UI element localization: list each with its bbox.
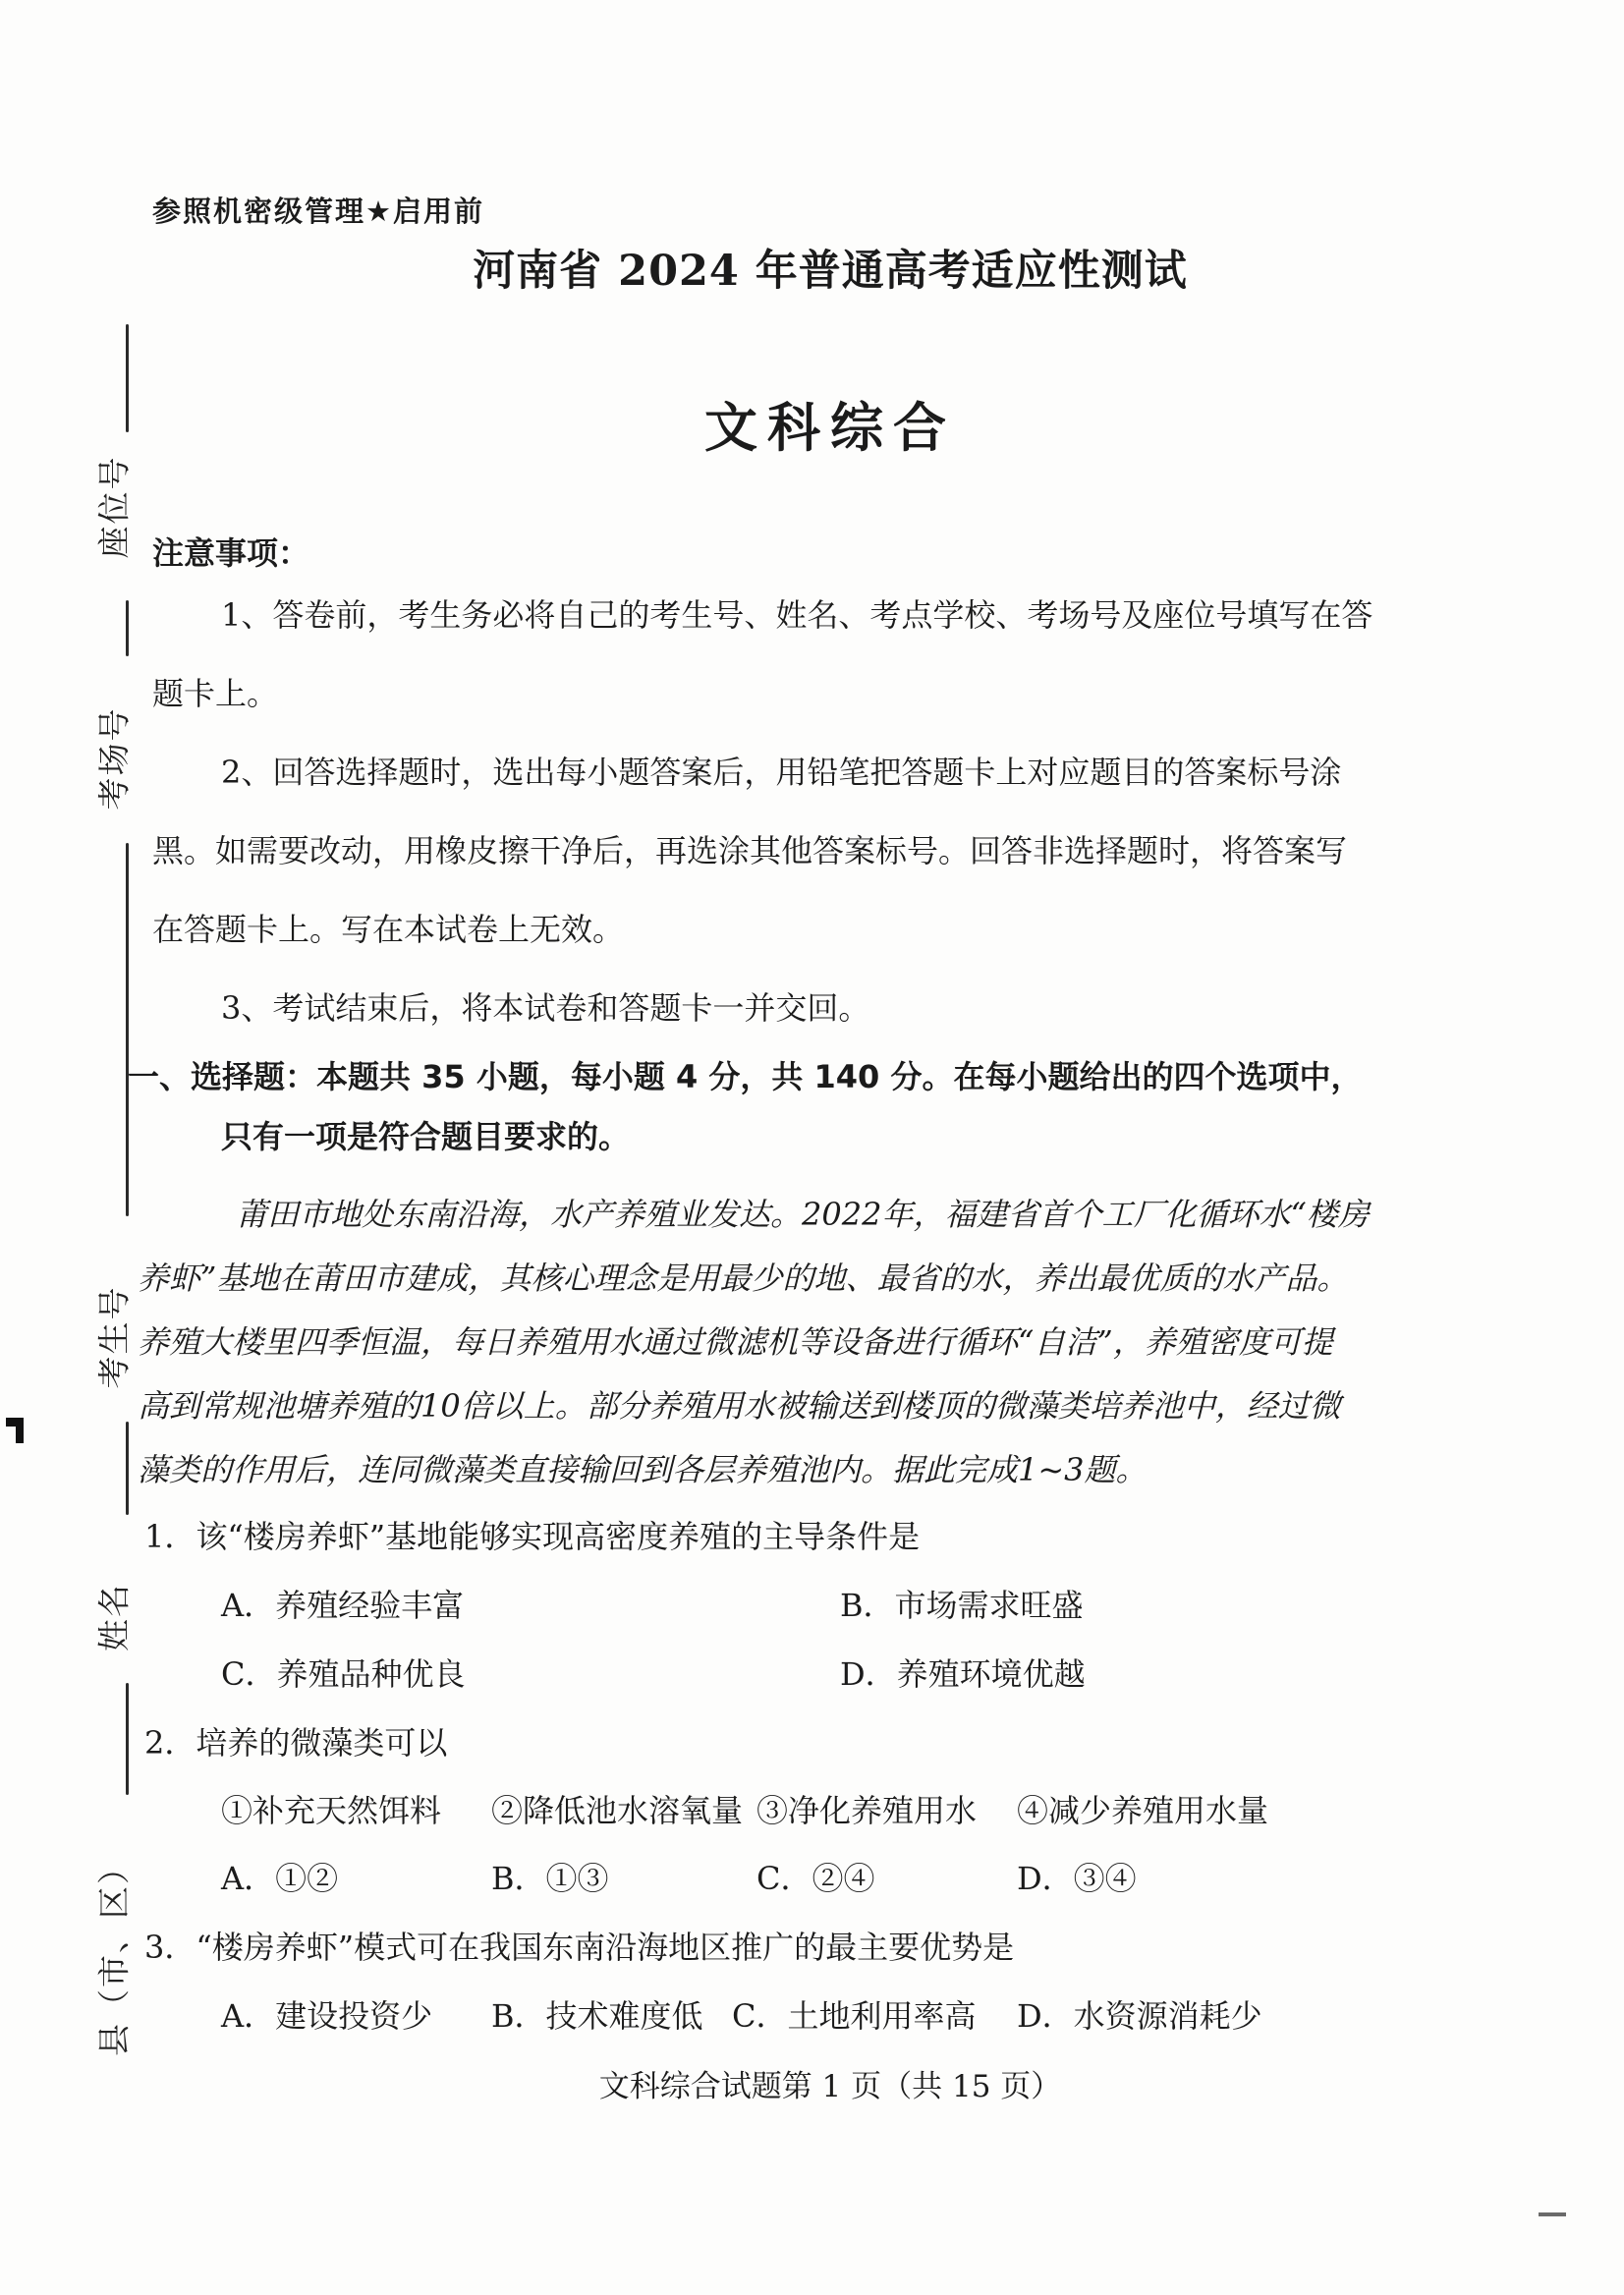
question2-subitem-4: ④减少养殖用水量 <box>1017 1777 1268 1844</box>
passage-line2: 养虾”基地在莆田市建成，其核心理念是用最少的地、最省的水，养出最优质的水产品。 <box>138 1247 1508 1311</box>
question2-option-c: C．②④ <box>756 1844 1017 1913</box>
reading-passage: 莆田市地处东南沿海，水产养殖业发达。2022年，福建省首个工厂化循环水“楼房 养… <box>152 1183 1508 1502</box>
section1-heading-line1: 一、选择题：本题共 35 小题，每小题 4 分，共 140 分。在每小题给出的四… <box>128 1047 1508 1107</box>
notice-item1-line1: 1、答卷前，考生务必将自己的考生号、姓名、考点学校、考场号及座位号填写在答 <box>152 576 1508 654</box>
passage-line1: 莆田市地处东南沿海，水产养殖业发达。2022年，福建省首个工厂化循环水“楼房 <box>138 1183 1508 1247</box>
seal-line-segment <box>126 324 129 432</box>
question3-option-b: B．技术难度低 <box>491 1982 732 2050</box>
question1-stem: 1．该“楼房养虾”基地能够实现高密度养殖的主导条件是 <box>144 1502 1508 1571</box>
exam-subject-title: 文科综合 <box>152 393 1508 464</box>
scan-stray-mark <box>1539 2212 1566 2216</box>
question2-stem: 2．培养的微藻类可以 <box>144 1708 1508 1777</box>
question3-stem: 3．“楼房养虾”模式可在我国东南沿海地区推广的最主要优势是 <box>144 1913 1508 1982</box>
question3-option-a: A．建设投资少 <box>221 1982 491 2050</box>
question2-options-row: A．①② B．①③ C．②④ D．③④ <box>152 1844 1508 1913</box>
question1-options-row2: C．养殖品种优良 D．养殖环境优越 <box>152 1640 1508 1708</box>
notice-item2-line3: 在答题卡上。写在本试卷上无效。 <box>152 890 1508 969</box>
question2-subitem-2: ②降低池水溶氧量 <box>491 1777 756 1844</box>
exam-paper-page: 座位号 考场号 考生号 姓名 县（市、区） 参照机密级管理★启用前 河南省 20… <box>0 0 1624 2295</box>
question2-subitems-row: ①补充天然饵料 ②降低池水溶氧量 ③净化养殖用水 ④减少养殖用水量 <box>152 1777 1508 1844</box>
question1-options-row1: A．养殖经验丰富 B．市场需求旺盛 <box>152 1571 1508 1640</box>
security-note: 参照机密级管理★启用前 <box>152 192 1508 241</box>
exam-title: 河南省 2024 年普通高考适应性测试 <box>152 241 1508 302</box>
notice-item3-line1: 3、考试结束后，将本试卷和答题卡一并交回。 <box>152 969 1508 1047</box>
section1-heading-line2: 只有一项是符合题目要求的。 <box>128 1107 1508 1167</box>
question2-subitem-1: ①补充天然饵料 <box>221 1777 491 1844</box>
question2-subitem-3: ③净化养殖用水 <box>756 1777 1017 1844</box>
passage-line4: 高到常规池塘养殖的10倍以上。部分养殖用水被输送到楼顶的微藻类培养池中，经过微 <box>138 1374 1508 1438</box>
seal-line-segment <box>126 1683 129 1795</box>
question3-options-row: A．建设投资少 B．技术难度低 C．土地利用率高 D．水资源消耗少 <box>152 1982 1508 2050</box>
question1-option-b: B．市场需求旺盛 <box>840 1571 1084 1640</box>
document-body: 参照机密级管理★启用前 河南省 2024 年普通高考适应性测试 文科综合 注意事… <box>152 192 1508 2109</box>
question2-option-d: D．③④ <box>1017 1844 1137 1913</box>
question1-option-d: D．养殖环境优越 <box>840 1640 1086 1708</box>
seal-line-segment <box>126 600 129 656</box>
question2-option-b: B．①③ <box>491 1844 756 1913</box>
seal-line-segment <box>126 1422 129 1515</box>
notice-item1-line2: 题卡上。 <box>152 654 1508 733</box>
notice-item2-line2: 黑。如需要改动，用橡皮擦干净后，再选涂其他答案标号。回答非选择题时，将答案写 <box>152 812 1508 890</box>
seal-label-seat-number: 座位号 <box>89 456 136 559</box>
question1-option-a: A．养殖经验丰富 <box>221 1571 840 1640</box>
page-footer: 文科综合试题第 1 页（共 15 页） <box>152 2064 1508 2109</box>
notice-heading: 注意事项： <box>152 531 1508 576</box>
question1-option-c: C．养殖品种优良 <box>221 1640 840 1708</box>
question2-option-a: A．①② <box>221 1844 491 1913</box>
seal-label-county: 县（市、区） <box>89 1850 136 2056</box>
passage-line3: 养殖大楼里四季恒温，每日养殖用水通过微滤机等设备进行循环“自洁”，养殖密度可提 <box>138 1311 1508 1374</box>
seal-label-candidate-number: 考生号 <box>89 1286 136 1389</box>
passage-line5: 藻类的作用后，连同微藻类直接输回到各层养殖池内。据此完成1~3题。 <box>138 1438 1508 1502</box>
notice-item2-line1: 2、回答选择题时，选出每小题答案后，用铅笔把答题卡上对应题目的答案标号涂 <box>152 733 1508 812</box>
scan-corner-mark <box>6 1418 24 1443</box>
question3-option-c: C．土地利用率高 <box>732 1982 1017 2050</box>
question3-option-d: D．水资源消耗少 <box>1017 1982 1262 2050</box>
seal-label-room-number: 考场号 <box>89 707 136 811</box>
seal-label-name: 姓名 <box>89 1583 136 1651</box>
